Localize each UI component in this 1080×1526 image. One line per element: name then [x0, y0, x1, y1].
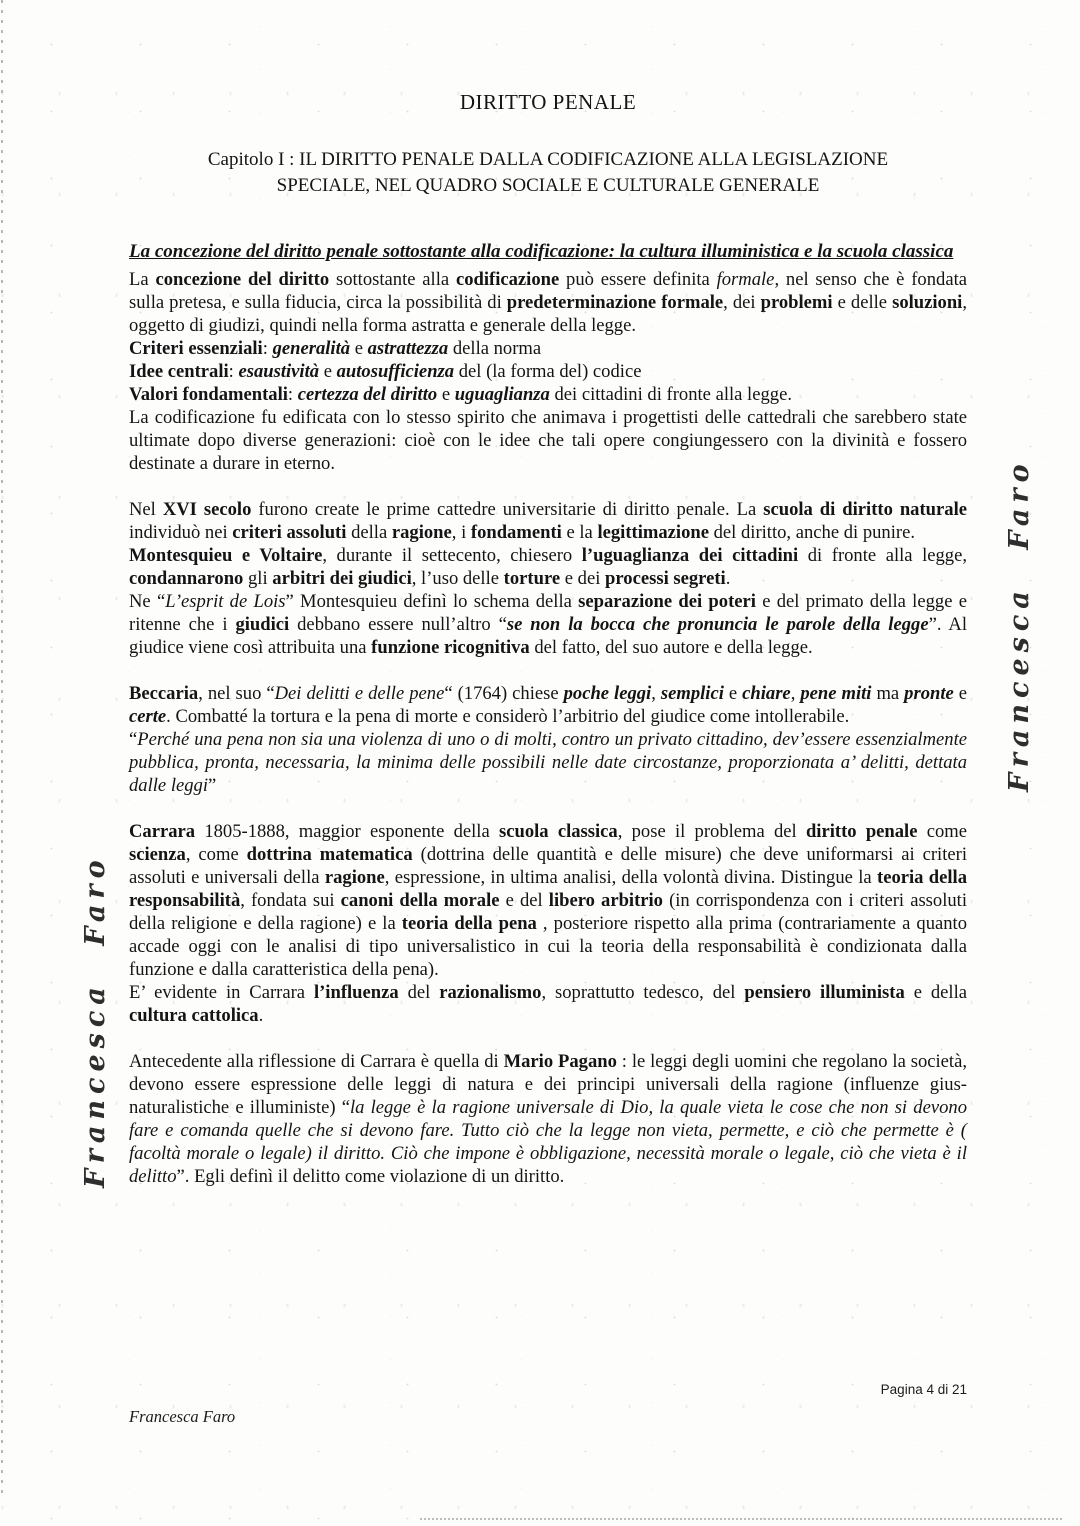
text-run: individuò nei [129, 522, 232, 543]
text-run: pensiero illuminista [744, 982, 904, 1003]
text-run: può essere definita [559, 269, 716, 290]
text-run: . [726, 568, 731, 589]
definition-line: Idee centrali: esaustività e autosuffici… [129, 360, 967, 383]
text-run: se non la bocca che pronuncia le parole … [507, 614, 929, 635]
paragraph: La codificazione fu edificata con lo ste… [129, 406, 967, 475]
text-run: e [350, 338, 368, 359]
text-run: L’esprit de Lois [165, 591, 285, 612]
text-run: e [724, 683, 742, 704]
text-run: ragione [392, 522, 452, 543]
text-run: scuola di diritto naturale [763, 499, 967, 520]
text-run: . Combatté la tortura e la pena di morte… [166, 706, 849, 727]
paragraph: Nel XVI secolo furono create le prime ca… [129, 498, 967, 544]
text-run: e della [905, 982, 967, 1003]
text-run: come [917, 821, 967, 842]
text-run: scuola classica [499, 821, 618, 842]
text-run: , pose il problema del [618, 821, 806, 842]
text-run: dottrina matematica [247, 844, 413, 865]
text-run: soluzioni [892, 292, 962, 313]
text-run: , i [452, 522, 471, 543]
text-run: Criteri essenziali [129, 338, 263, 359]
text-run: torture [504, 568, 560, 589]
text-run: condannarono [129, 568, 243, 589]
text-run: E’ evidente in Carrara [129, 982, 314, 1003]
paragraph: La concezione del diritto sottostante al… [129, 268, 967, 337]
text-run: , [791, 683, 801, 704]
text-run: , fondata sui [240, 890, 340, 911]
text-run: chiare [742, 683, 791, 704]
text-run: gli [243, 568, 272, 589]
text-run: Carrara [129, 821, 195, 842]
text-run: sottostante alla [329, 269, 456, 290]
text-run: ”. Egli definì il delitto come violazion… [177, 1166, 565, 1187]
text-run: Montesquieu e Voltaire [129, 545, 322, 566]
text-run: uguaglianza [455, 384, 550, 405]
text-run: , nel suo “ [198, 683, 274, 704]
text-run: Mario Pagano [504, 1051, 617, 1072]
paragraph: Carrara 1805-1888, maggior esponente del… [129, 820, 967, 981]
text-run: : [263, 338, 273, 359]
paragraph: Antecedente alla riflessione di Carrara … [129, 1050, 967, 1188]
text-run: , durante il settecento, chiesero [322, 545, 581, 566]
text-run: e [319, 361, 337, 382]
text-run: esaustività [238, 361, 319, 382]
paragraph: E’ evidente in Carrara l’influenza del r… [129, 981, 967, 1027]
text-run: del fatto, del suo autore e della legge. [530, 637, 813, 658]
section-heading: La concezione del diritto penale sottost… [129, 239, 967, 265]
text-run: 1805-1888, maggior esponente della [195, 821, 499, 842]
text-run: autosufficienza [337, 361, 454, 382]
watermark-right: Francesca Faro [1004, 458, 1035, 792]
text-run: e delle [833, 292, 892, 313]
text-run: “ (1764) chiese [444, 683, 563, 704]
text-run: Valori fondamentali [129, 384, 288, 405]
text-run: poche leggi [564, 683, 652, 704]
text-run: certezza del diritto [298, 384, 437, 405]
text-run: ” Montesquieu definì lo schema della [286, 591, 579, 612]
text-run: Beccaria [129, 683, 198, 704]
text-run: La codificazione fu edificata con lo ste… [129, 407, 967, 474]
page-number: Pagina 4 di 21 [881, 1382, 967, 1397]
text-run: del diritto, anche di punire. [709, 522, 915, 543]
chapter-heading: Capitolo I : IL DIRITTO PENALE DALLA COD… [129, 147, 967, 199]
text-run: , come [186, 844, 247, 865]
text-run: astrattezza [368, 338, 449, 359]
text-run: funzione ricognitiva [371, 637, 530, 658]
text-run: di fronte alla legge, [798, 545, 967, 566]
text-run: ” [208, 775, 216, 796]
document-content: DIRITTO PENALE Capitolo I : IL DIRITTO P… [129, 90, 967, 1188]
text-run: concezione del diritto [155, 269, 329, 290]
text-run: La concezione del diritto penale sottost… [129, 241, 953, 262]
text-run: : [229, 361, 239, 382]
definition-line: Criteri essenziali: generalità e astratt… [129, 337, 967, 360]
text-run: , [651, 683, 661, 704]
text-run: codificazione [456, 269, 559, 290]
footer-author: Francesca Faro [129, 1407, 235, 1427]
text-run: Antecedente alla riflessione di Carrara … [129, 1051, 504, 1072]
paragraph: Ne “L’esprit de Lois” Montesquieu definì… [129, 590, 967, 659]
text-run: , soprattutto tedesco, del [541, 982, 744, 1003]
text-run: . [259, 1005, 264, 1026]
text-run: pene miti [800, 683, 871, 704]
text-run: processi segreti [605, 568, 726, 589]
document-title: DIRITTO PENALE [129, 90, 967, 115]
text-run: pronte [904, 683, 954, 704]
text-run: e [954, 683, 967, 704]
text-run: Perché una pena non sia una violenza di … [129, 729, 967, 796]
text-run: criteri assoluti [232, 522, 346, 543]
text-run: della norma [448, 338, 541, 359]
text-run: del (la forma del) codice [454, 361, 641, 382]
text-run: debbano essere null’altro “ [289, 614, 507, 635]
text-run: ma [871, 683, 904, 704]
watermark-left: Francesca Faro [80, 854, 111, 1188]
text-run: e del [500, 890, 549, 911]
text-run: ragione [325, 867, 385, 888]
text-run: e la [562, 522, 598, 543]
text-run: diritto penale [806, 821, 918, 842]
text-run: : [288, 384, 298, 405]
text-run: Dei delitti e delle pene [275, 683, 445, 704]
text-run: cultura cattolica [129, 1005, 259, 1026]
text-run: , espressione, in ultima analisi, della … [385, 867, 877, 888]
text-run: separazione dei poteri [578, 591, 756, 612]
text-run: della [346, 522, 391, 543]
text-run: scienza [129, 844, 186, 865]
paragraph: Montesquieu e Voltaire, durante il sette… [129, 544, 967, 590]
text-run: problemi [761, 292, 833, 313]
text-run: legittimazione [597, 522, 709, 543]
text-run: La [129, 269, 155, 290]
text-run: formale [717, 269, 775, 290]
paragraph: Beccaria, nel suo “Dei delitti e delle p… [129, 682, 967, 728]
text-run: e [437, 384, 455, 405]
text-run: arbitri dei giudici [272, 568, 411, 589]
text-run: , l’uso delle [412, 568, 504, 589]
text-run: razionalismo [439, 982, 541, 1003]
text-run: generalità [273, 338, 350, 359]
text-run: semplici [661, 683, 724, 704]
text-run: fondamenti [471, 522, 562, 543]
text-run: giudici [235, 614, 289, 635]
text-run: canoni della morale [341, 890, 500, 911]
scanned-document-page: { "page": { "watermark_left": "Francesca… [0, 0, 1080, 1526]
text-run: predeterminazione formale [507, 292, 723, 313]
text-run: l’uguaglianza dei cittadini [582, 545, 798, 566]
text-run: Nel [129, 499, 163, 520]
text-run: Idee centrali [129, 361, 229, 382]
text-run: dei cittadini di fronte alla legge. [550, 384, 792, 405]
text-run: furono create le prime cattedre universi… [251, 499, 763, 520]
definition-line: Valori fondamentali: certezza del diritt… [129, 383, 967, 406]
document-body: La concezione del diritto penale sottost… [129, 239, 967, 1188]
text-run: l’influenza [314, 982, 399, 1003]
scan-artifact-bottom-edge [420, 1518, 1062, 1520]
text-run: , dei [723, 292, 760, 313]
text-run: e dei [560, 568, 605, 589]
text-run: teoria della pena [402, 913, 537, 934]
scan-artifact-left-edge [1, 0, 3, 1500]
text-run: del [399, 982, 440, 1003]
text-run: certe [129, 706, 166, 727]
paragraph: “Perché una pena non sia una violenza di… [129, 728, 967, 797]
text-run: libero arbitrio [549, 890, 663, 911]
text-run: Ne “ [129, 591, 165, 612]
text-run: XVI secolo [163, 499, 252, 520]
